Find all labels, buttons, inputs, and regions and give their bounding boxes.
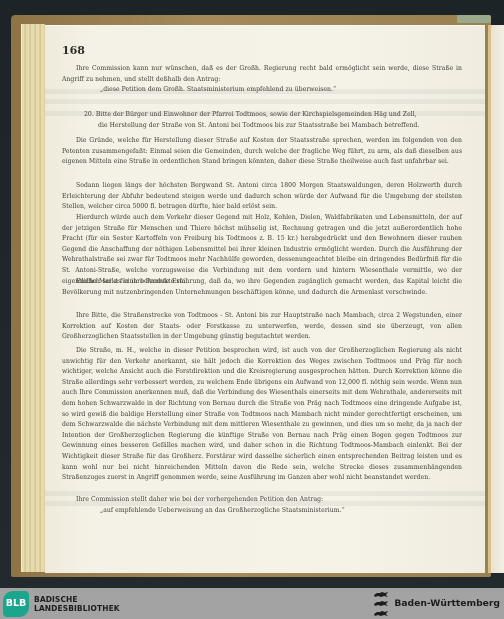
petition-heading-line2: die Herstellung der Straße von St. Anton… <box>84 121 462 132</box>
paragraph-reasons: Die Gründe, welche für Herstellung diese… <box>62 136 462 168</box>
petition-heading-line1: 20. Bitte der Bürger und Einwohner der P… <box>84 111 417 118</box>
page-number: 168 <box>62 44 85 57</box>
three-lions-icon <box>373 591 389 617</box>
paragraph-final-quote: „auf empfehlende Ueberweisung an das Gro… <box>62 506 462 517</box>
book-cover-corner <box>457 15 491 23</box>
facing-page-edge <box>491 25 504 573</box>
library-name-line1: BADISCHE <box>34 595 120 604</box>
blb-badge: BLB <box>3 591 29 617</box>
paragraph-request: Ihre Bitte, die Straßenstrecke von Todtm… <box>62 311 462 343</box>
paragraph-state-forests: Sodann liegen längs der höchsten Bergwan… <box>62 181 462 213</box>
viewer-footer: BLB BADISCHE LANDESBIBLIOTHEK Baden-Würt… <box>0 588 504 619</box>
blb-logo[interactable]: BLB BADISCHE LANDESBIBLIOTHEK <box>3 591 120 617</box>
paragraph-motion-quote: „diese Petition dem Großh. Staatsministe… <box>62 85 462 96</box>
baden-wuerttemberg-logo[interactable]: Baden-Württemberg <box>373 591 500 617</box>
paragraph-government-view: Die Straße, m. H., welche in dieser Peti… <box>62 346 462 484</box>
book-page <box>45 25 485 573</box>
show-through-line <box>45 99 485 104</box>
paragraph-final-motion: Ihre Commission stellt daher wie bei der… <box>62 495 462 506</box>
paragraph-commission-wish: Ihre Commission kann nur wünschen, daß e… <box>62 64 462 85</box>
library-name: BADISCHE LANDESBIBLIOTHEK <box>34 595 120 613</box>
page-edges <box>21 24 45 572</box>
state-name: Baden-Württemberg <box>394 598 500 609</box>
paragraph-capital: Endlich sei es eine bekannte Erfahrung, … <box>62 277 462 298</box>
library-name-line2: LANDESBIBLIOTHEK <box>34 604 120 613</box>
scan-viewport: 168 Ihre Commission kann nur wünschen, d… <box>0 0 504 588</box>
petition-heading: 20. Bitte der Bürger und Einwohner der P… <box>62 110 462 131</box>
